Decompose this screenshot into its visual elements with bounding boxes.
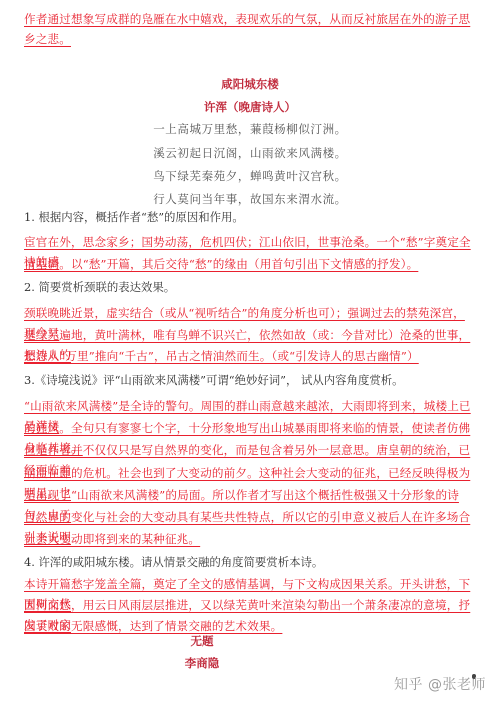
poem2-title: 无题 bbox=[0, 633, 452, 649]
poem2-author: 李商隐 bbox=[0, 655, 452, 671]
poem-author: 许浑（晚唐诗人） bbox=[0, 99, 500, 115]
poem-line: 行人莫问当年事，故国东来渭水流。 bbox=[0, 191, 500, 207]
question-1: 1. 根据内容，概括作者“愁”的原因和作用。 bbox=[24, 208, 476, 226]
answer-1-line: 情基调。以“愁”开篇，其后交待“愁”的缘由（用首句引出下文情感的抒发）。 bbox=[24, 254, 476, 274]
question-4: 4. 许浑的咸阳城东楼。请从情景交融的角度简要赏析本诗。 bbox=[24, 553, 476, 571]
poem-line: 一上高城万里愁，蒹葭杨柳似汀洲。 bbox=[0, 121, 500, 137]
question-2: 2. 简要赏析颈联的表达效果。 bbox=[24, 278, 476, 296]
answer-3-line: 社会大变动即将到来的某种征兆。 bbox=[24, 529, 476, 549]
poem-title: 咸阳城东楼 bbox=[0, 76, 500, 92]
intro-answer: 作者通过想象写成群的凫雁在水中嬉戏，表现欢乐的气氛，从而反衬旅居在外的游子思乡之… bbox=[24, 9, 476, 49]
watermark: 知乎 @张老师 bbox=[394, 674, 486, 694]
poem-line: 溪云初起日沉阁，山雨欲来风满楼。 bbox=[0, 145, 500, 161]
document-page: 作者通过想象写成群的凫雁在水中嬉戏，表现欢乐的气氛，从而反衬旅居在外的游子思乡之… bbox=[0, 0, 500, 707]
question-3: 3.《诗境浅说》评“山雨欲来风满楼”可谓“绝妙好词”， 试从内容角度赏析。 bbox=[24, 371, 476, 389]
answer-2-line: 愁怨从“万里”推向“千古”，吊古之情油然而生。（或“引发诗人的思古幽情”） bbox=[24, 346, 476, 366]
poem-line: 鸟下绿芜秦苑夕，蝉鸣黄叶汉宫秋。 bbox=[0, 168, 500, 184]
